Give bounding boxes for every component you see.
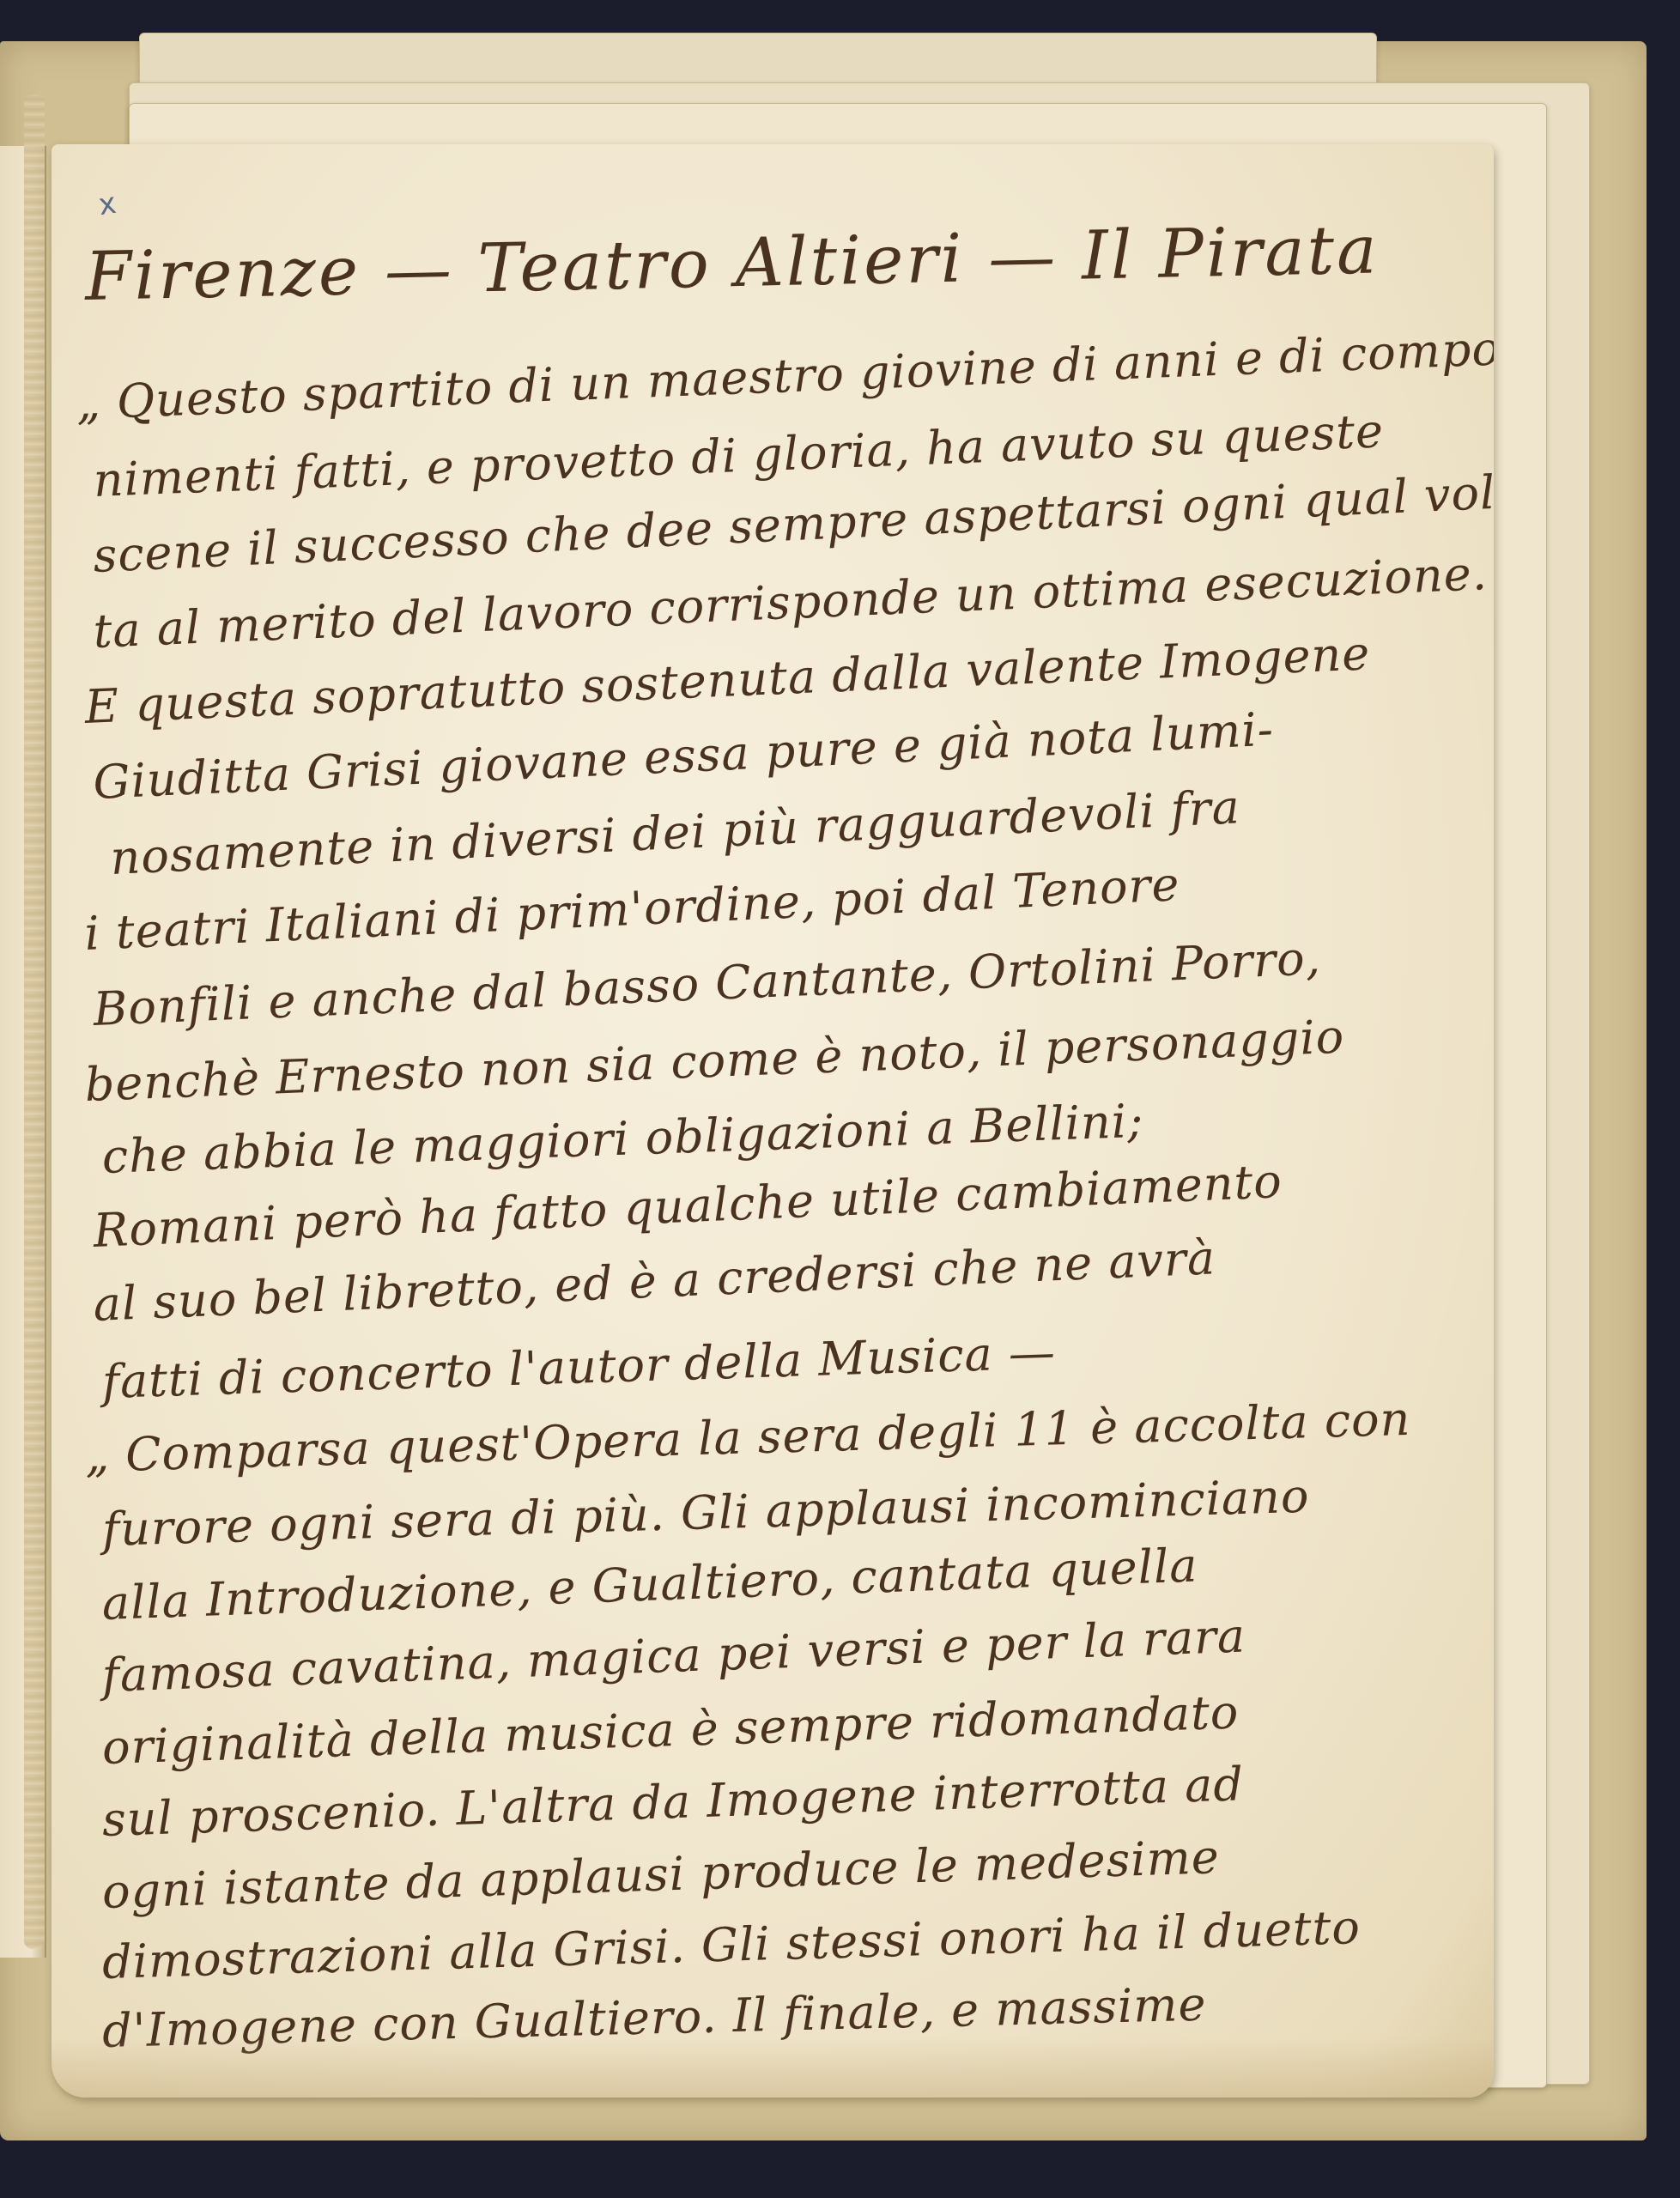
pencil-x-mark: x — [96, 186, 118, 222]
binding-string — [24, 94, 45, 1949]
manuscript-line: d'Imogene con Gualtiero. Il finale, e ma… — [101, 1977, 1207, 2058]
manuscript-line: ogni istante da applausi produce le mede… — [101, 1830, 1221, 1919]
manuscript-title: Firenze — Teatro Altieri — Il Pirata — [84, 211, 1380, 316]
manuscript-line: „ Comparsa quest'Opera la sera degli 11 … — [84, 1392, 1411, 1483]
manuscript-line: fatti di concerto l'autor della Musica — — [101, 1325, 1057, 1409]
manuscript-line: originalità della musica è sempre ridoma… — [101, 1685, 1240, 1775]
manuscript-line: dimostrazioni alla Grisi. Gli stessi ono… — [101, 1900, 1361, 1989]
manuscript-page: x Firenze — Teatro Altieri — Il Pirata „… — [52, 144, 1494, 2098]
manuscript-line: sul proscenio. L'altra da Imogene interr… — [101, 1757, 1245, 1847]
